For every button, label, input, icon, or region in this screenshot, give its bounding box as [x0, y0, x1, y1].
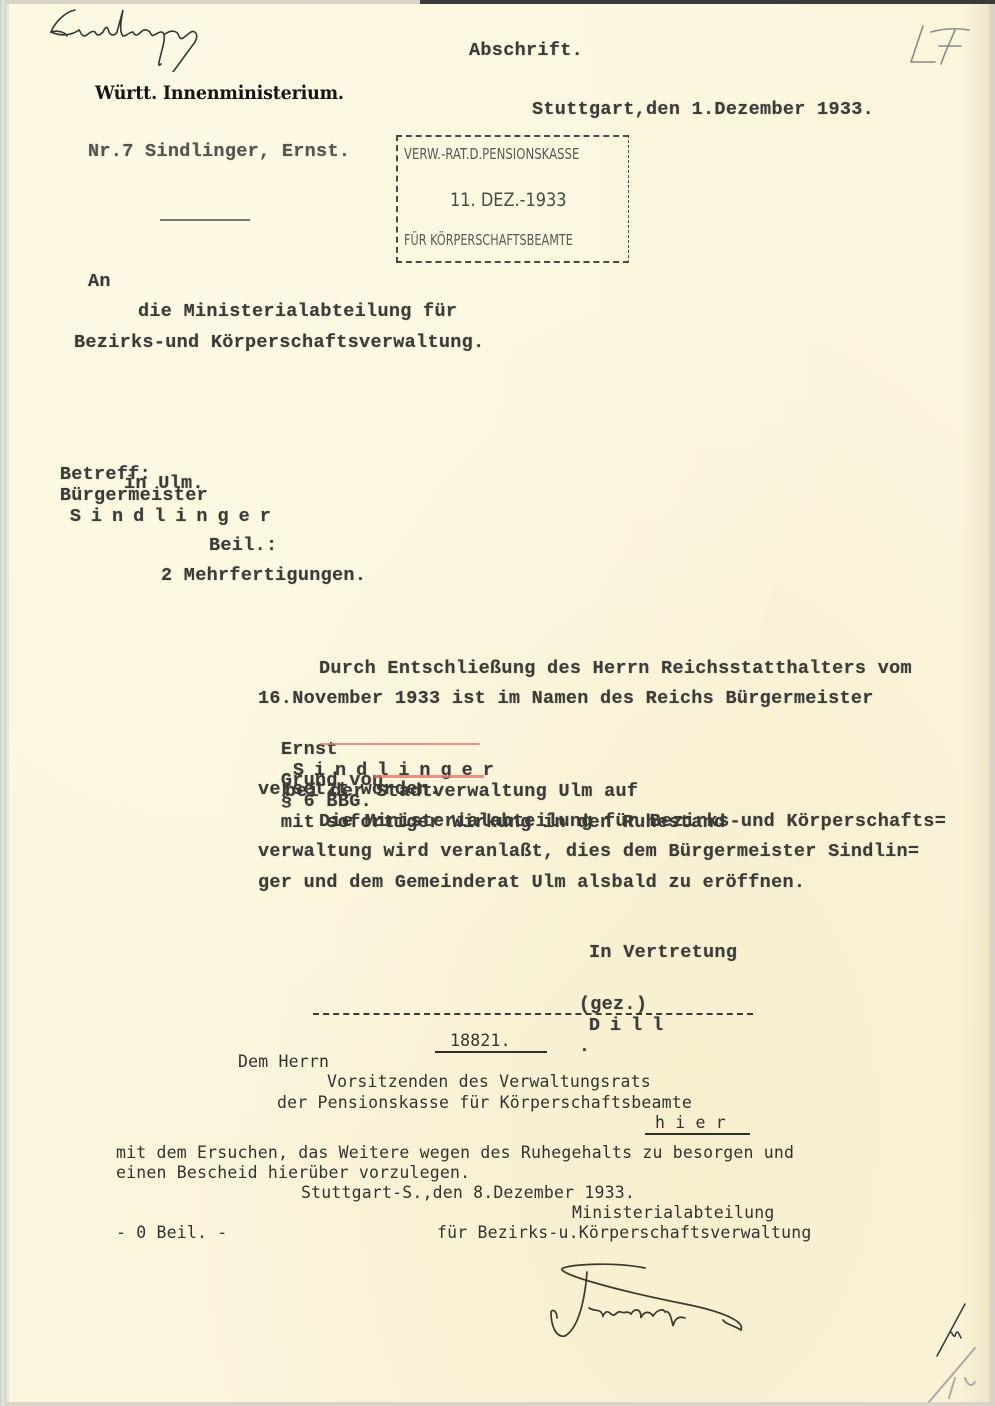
hier-underline — [645, 1133, 750, 1135]
address-line-1: die Ministerialabteilung für — [138, 301, 457, 322]
address-line-2: Bezirks-und Körperschaftsverwaltung. — [74, 332, 484, 353]
red-pencil-underline-name — [320, 743, 480, 745]
closing-signer-name: Dill — [589, 1015, 673, 1036]
stamp-office: VERW.-RAT.D.PENSIONSKASSE — [404, 145, 579, 163]
subject-name: Sindlinger — [70, 506, 281, 527]
forwarding-place-date: Stuttgart-S.,den 8.Dezember 1933. — [301, 1183, 635, 1203]
enclosures-text: 2 Mehrfertigungen. — [161, 565, 366, 586]
signature — [545, 1258, 760, 1358]
closing-gez: (gez.) — [579, 994, 647, 1015]
body-p2-line-3: ger und dem Gemeinderat Ulm alsbald zu e… — [258, 872, 805, 893]
subject-location: in Ulm. — [124, 473, 204, 494]
forwarding-request-2: einen Bescheid hierüber vorzulegen. — [116, 1163, 470, 1183]
forwarding-sender-1: Ministerialabteilung — [572, 1203, 774, 1223]
stamp-date: 11. DEZ.-1933 — [450, 189, 567, 211]
receipt-stamp: VERW.-RAT.D.PENSIONSKASSE 11. DEZ.-1933 … — [396, 135, 629, 263]
body-p2-line-1: Die Ministerialabteilung für Bezirks-und… — [319, 811, 946, 832]
handwritten-name-annotation — [45, 2, 215, 72]
closing-period: . — [579, 1036, 590, 1057]
closing-line-1: In Vertretung — [589, 942, 737, 963]
ministry-letterhead: Württ. Innenministerium. — [95, 82, 344, 104]
body-line-5: versetzt worden. — [258, 779, 440, 800]
forwarding-number: 18821. — [450, 1031, 511, 1051]
copy-label: Abschrift. — [469, 40, 583, 61]
separator-dashed — [313, 1013, 753, 1015]
forwarding-enclosures: - 0 Beil. - — [116, 1223, 227, 1243]
forwarding-sender-2: für Bezirks-u.Körperschaftsverwaltung — [437, 1223, 812, 1243]
red-pencil-underline-law — [374, 775, 484, 778]
closing-line-2: (gez.) Dill . — [556, 973, 673, 1057]
stamp-office-2: FÜR KÖRPERSCHAFTSBEAMTE — [404, 231, 573, 249]
handwritten-folio-number — [905, 18, 975, 73]
body-line-1: Durch Entschließung des Herrn Reichsstat… — [319, 658, 912, 679]
forwarding-recipient-1: Vorsitzenden des Verwaltungsrats — [327, 1072, 651, 1092]
forwarding-recipient-3: h i e r — [655, 1113, 726, 1133]
divider-short — [160, 219, 250, 221]
forwarding-salutation: Dem Herrn — [238, 1052, 329, 1072]
forwarding-recipient-2: der Pensionskasse für Körperschaftsbeamt… — [277, 1093, 692, 1113]
place-date: Stuttgart,den 1.Dezember 1933. — [532, 99, 874, 120]
body-line-2: 16.November 1933 ist im Namen des Reichs… — [258, 688, 874, 709]
forwarding-request-1: mit dem Ersuchen, das Weitere wegen des … — [116, 1143, 794, 1163]
address-to-label: An — [88, 271, 111, 292]
handwritten-initials — [925, 1298, 995, 1406]
enclosures-label: Beil.: — [209, 535, 277, 556]
body-p2-line-2: verwaltung wird veranlaßt, dies dem Bürg… — [258, 841, 919, 862]
reference-number: Nr.7 Sindlinger, Ernst. — [88, 141, 350, 162]
forwarding-number-underline — [435, 1051, 547, 1053]
